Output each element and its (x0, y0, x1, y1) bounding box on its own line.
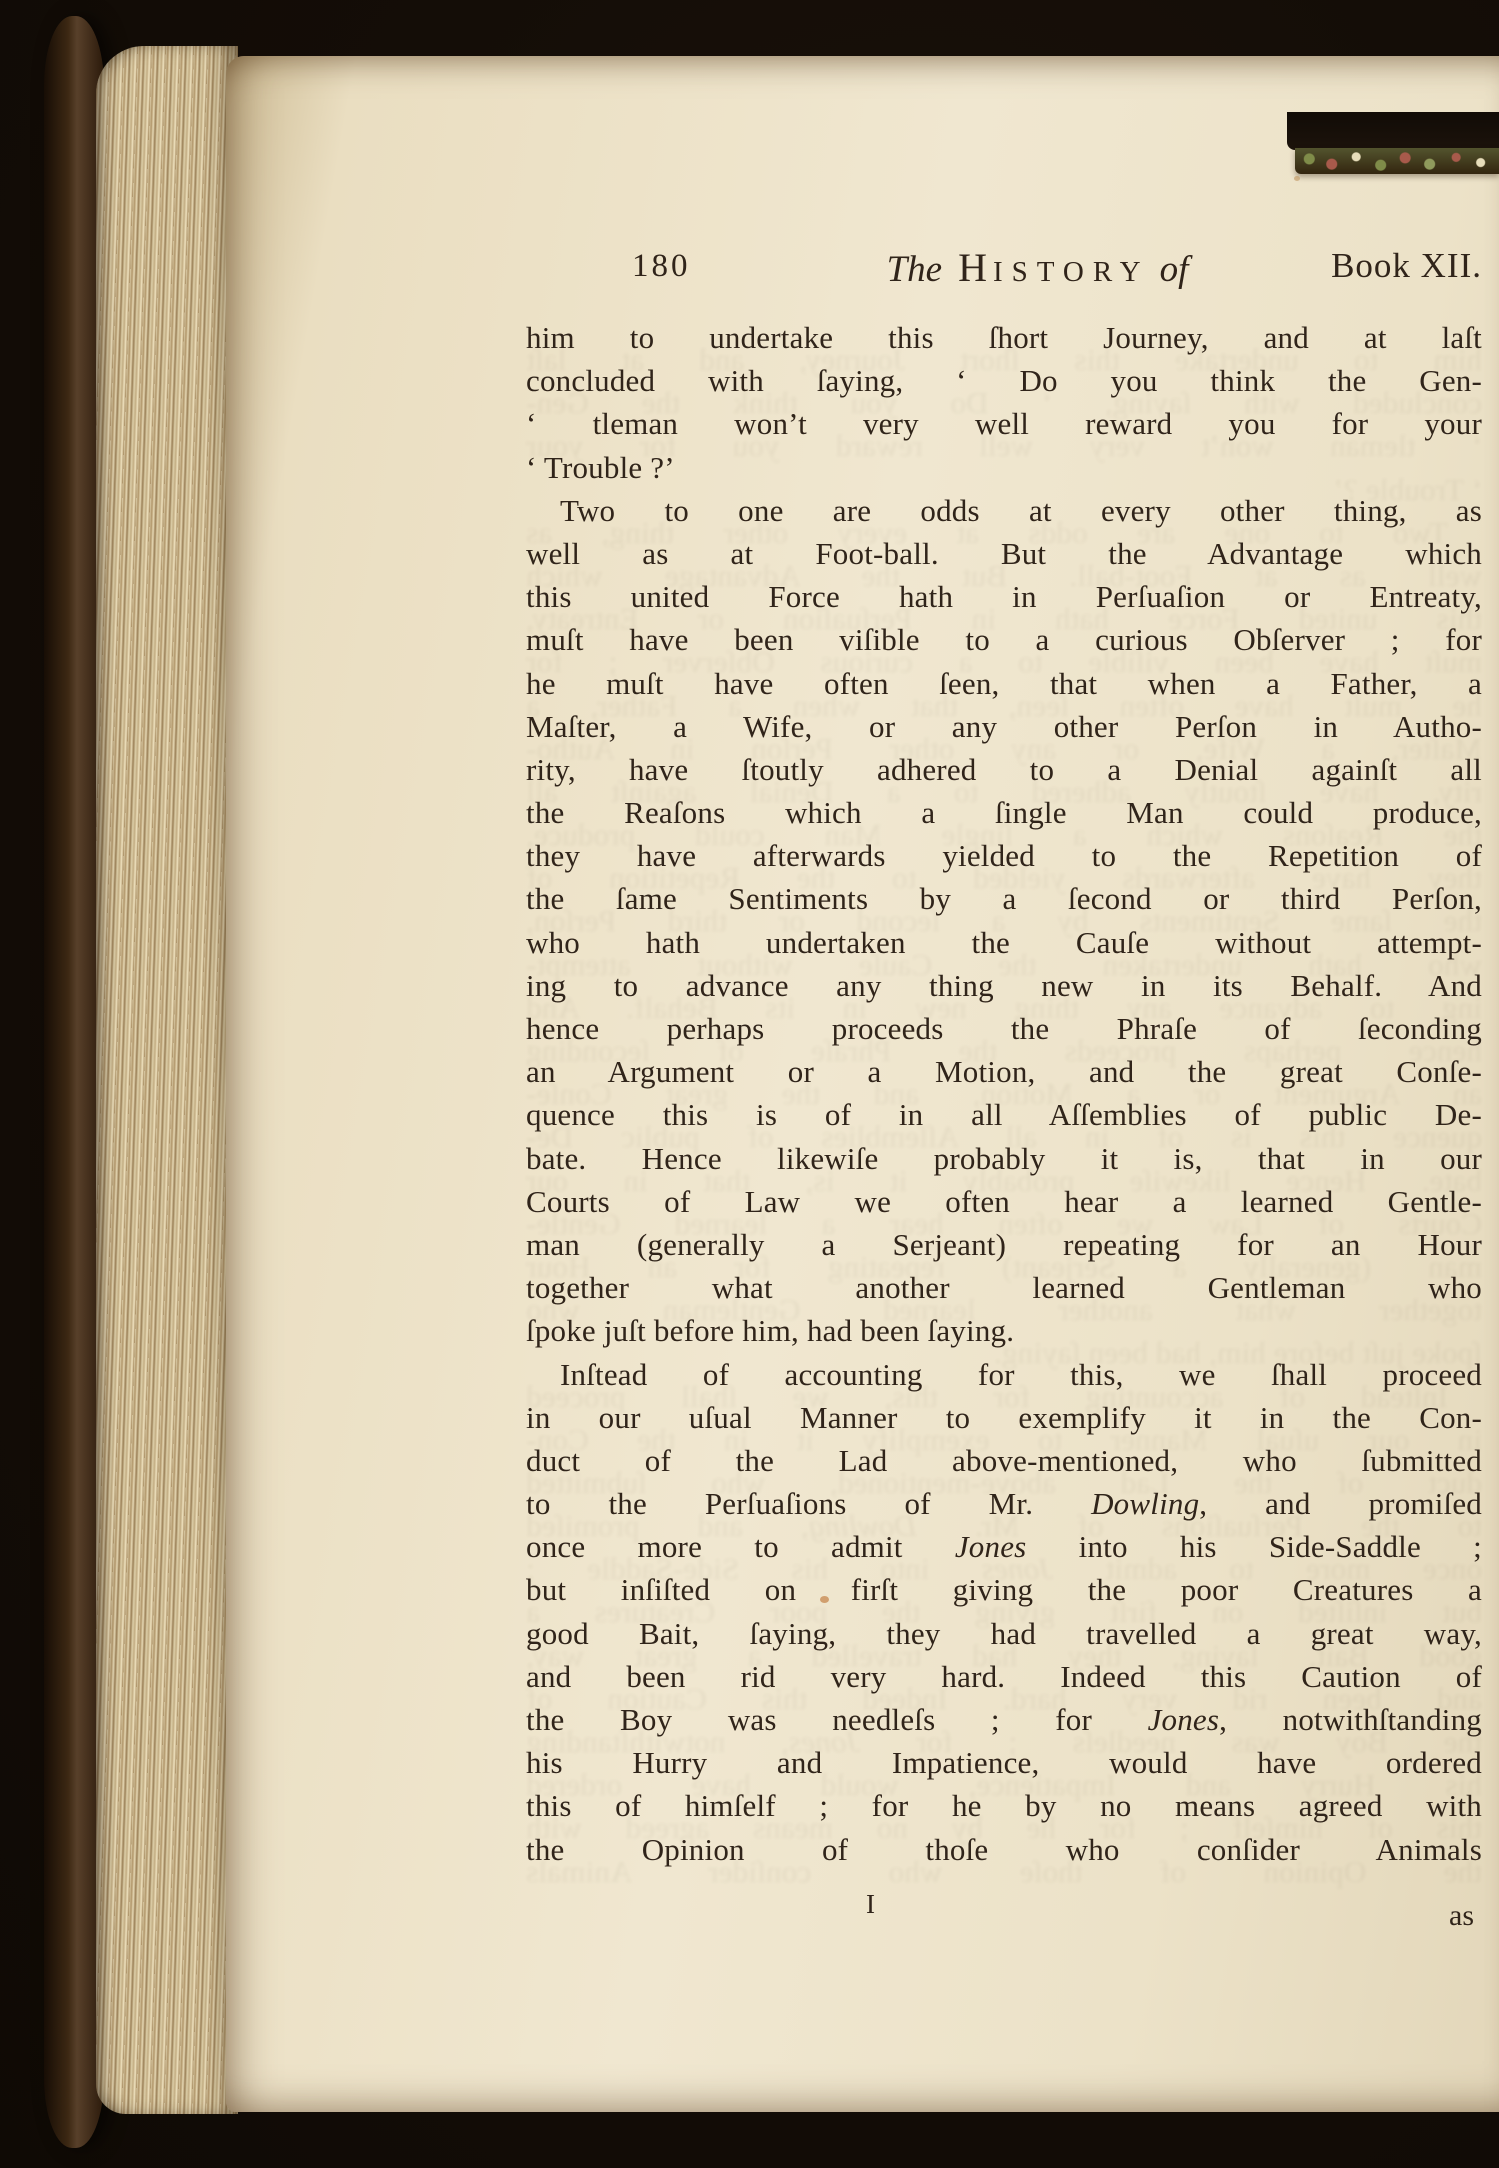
text-line: hence perhaps proceeds the Phraſe of ſec… (526, 1007, 1482, 1050)
running-title-the: The (887, 249, 943, 290)
text-line: an Argument or a Motion, and the great C… (526, 1050, 1482, 1093)
stacked-page-edges (96, 46, 238, 2114)
text-line: well as at Foot-ball. But the Advantage … (526, 532, 1482, 575)
page-number: 180 (632, 248, 691, 285)
running-title-history: HISTORY (958, 244, 1150, 291)
foxing-speck (1294, 176, 1300, 181)
running-title-of: of (1160, 249, 1189, 290)
text-line: this united Force hath in Perſuaſion or … (526, 575, 1482, 618)
text-line: him to undertake this ſhort Journey, and… (526, 316, 1482, 359)
text-line: the Reaſons which a ſingle Man could pro… (526, 791, 1482, 834)
text-line: he muſt have often ſeen, that when a Fat… (526, 662, 1482, 705)
text-line: in our uſual Manner to exemplify it in t… (526, 1396, 1482, 1439)
text-line: good Bait, ſaying, they had travelled a … (526, 1612, 1482, 1655)
text-line: ſpoke juſt before him, had been ſaying. (526, 1309, 1482, 1352)
text-line: they have afterwards yielded to the Repe… (526, 834, 1482, 877)
text-line: quence this is of in all Aſſemblies of p… (526, 1093, 1482, 1136)
running-title: TheHISTORYof (887, 244, 1189, 291)
text-line: the Opinion of thoſe who conſider Animal… (526, 1828, 1482, 1871)
text-line: concluded with ſaying, ‘ Do you think th… (526, 359, 1482, 402)
signature-mark: I (866, 1889, 875, 1920)
text-line: Courts of Law we often hear a learned Ge… (526, 1180, 1482, 1223)
book-label: Book XII. (1331, 246, 1482, 286)
text-line: the ſame Sentiments by a ſecond or third… (526, 877, 1482, 920)
book-photo: 180 TheHISTORYof Book XII. him to undert… (0, 0, 1499, 2168)
text-line: but inſiſted on firſt giving the poor Cr… (526, 1568, 1482, 1611)
text-line: ‘ tleman won’t very well reward you for … (526, 402, 1482, 445)
text-line: who hath undertaken the Cauſe without at… (526, 921, 1482, 964)
text-line: rity, have ſtoutly adhered to a Denial a… (526, 748, 1482, 791)
page-header: 180 TheHISTORYof Book XII. (526, 244, 1482, 294)
top-right-shadow (1287, 112, 1499, 150)
page-footer: I as (526, 1889, 1482, 1935)
text-line: ing to advance any thing new in its Beha… (526, 964, 1482, 1007)
text-line: muſt have been viſible to a curious Obſe… (526, 618, 1482, 661)
text-line: man (generally a Serjeant) repeating for… (526, 1223, 1482, 1266)
book-spine (44, 16, 104, 2148)
text-lines: him to undertake this ſhort Journey, and… (526, 316, 1482, 1871)
catchword: as (1449, 1899, 1474, 1933)
text-line: bate. Hence likewiſe probably it is, tha… (526, 1137, 1482, 1180)
marbled-edge (1295, 148, 1499, 174)
text-line: once more to admit Jones into his Side-S… (526, 1525, 1482, 1568)
text-line: to the Perſuaſions of Mr. Dowling, and p… (526, 1482, 1482, 1525)
text-line: his Hurry and Impatience, would have ord… (526, 1741, 1482, 1784)
text-line: ‘ Trouble ?’ (526, 446, 1482, 489)
text-line: this of himſelf ; for he by no means agr… (526, 1784, 1482, 1827)
book-page: 180 TheHISTORYof Book XII. him to undert… (226, 56, 1499, 2112)
text-line: Maſter, a Wife, or any other Perſon in A… (526, 705, 1482, 748)
text-line: the Boy was needleſs ; for Jones, notwit… (526, 1698, 1482, 1741)
text-block: 180 TheHISTORYof Book XII. him to undert… (526, 244, 1482, 1935)
text-line: and been rid very hard. Indeed this Caut… (526, 1655, 1482, 1698)
text-line: Inſtead of accounting for this, we ſhall… (526, 1353, 1482, 1396)
text-line: duct of the Lad above-mentioned, who ſub… (526, 1439, 1482, 1482)
text-line: together what another learned Gentleman … (526, 1266, 1482, 1309)
text-line: Two to one are odds at every other thing… (526, 489, 1482, 532)
